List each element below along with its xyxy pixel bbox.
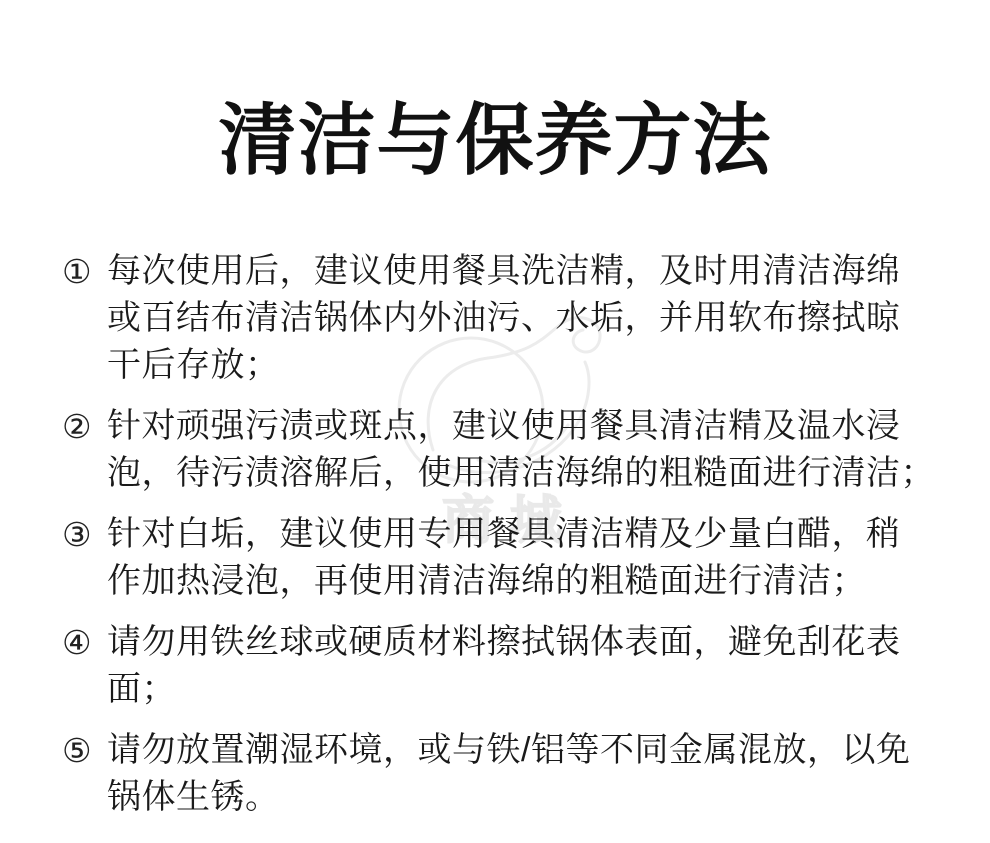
item-text-line: 锅体生锈。 [107, 774, 928, 821]
care-item-2: ② 针对顽强污渍或斑点，建议使用餐具清洁精及温水浸 泡，待污渍溶解后，使用清洁海… [62, 403, 928, 497]
item-text: 请勿放置潮湿环境，或与铁/铝等不同金属混放，以免 锅体生锈。 [107, 727, 928, 821]
item-text-line: 作加热浸泡，再使用清洁海绵的粗糙面进行清洁； [107, 558, 928, 605]
care-item-4: ④ 请勿用铁丝球或硬质材料擦拭锅体表面，避免刮花表 面； [62, 619, 928, 713]
item-text: 请勿用铁丝球或硬质材料擦拭锅体表面，避免刮花表 面； [107, 619, 928, 713]
item-text-line: 针对顽强污渍或斑点，建议使用餐具清洁精及温水浸 [107, 403, 935, 450]
page-title: 清洁与保养方法 [0, 96, 990, 186]
item-number-circled-5: ⑤ [62, 727, 107, 774]
item-number-circled-4: ④ [62, 619, 107, 666]
item-text-line: 面； [107, 666, 928, 713]
item-text-line: 泡，待污渍溶解后，使用清洁海绵的粗糙面进行清洁； [107, 450, 935, 497]
item-text-line: 每次使用后，建议使用餐具洗洁精，及时用清洁海绵 [107, 248, 928, 295]
item-number-circled-3: ③ [62, 511, 107, 558]
care-instruction-list: ① 每次使用后，建议使用餐具洗洁精，及时用清洁海绵 或百结布清洁锅体内外油污、水… [62, 248, 928, 821]
item-number-circled-2: ② [62, 403, 107, 450]
care-item-3: ③ 针对白垢，建议使用专用餐具清洁精及少量白醋，稍 作加热浸泡，再使用清洁海绵的… [62, 511, 928, 605]
care-item-5: ⑤ 请勿放置潮湿环境，或与铁/铝等不同金属混放，以免 锅体生锈。 [62, 727, 928, 821]
item-text: 每次使用后，建议使用餐具洗洁精，及时用清洁海绵 或百结布清洁锅体内外油污、水垢，… [107, 248, 928, 389]
item-number-circled-1: ① [62, 248, 107, 295]
item-text-line: 请勿用铁丝球或硬质材料擦拭锅体表面，避免刮花表 [107, 619, 928, 666]
item-text-line: 或百结布清洁锅体内外油污、水垢，并用软布擦拭晾 [107, 295, 928, 342]
item-text: 针对顽强污渍或斑点，建议使用餐具清洁精及温水浸 泡，待污渍溶解后，使用清洁海绵的… [107, 403, 935, 497]
item-text-line: 请勿放置潮湿环境，或与铁/铝等不同金属混放，以免 [107, 727, 928, 774]
item-text-line: 干后存放； [107, 342, 928, 389]
care-item-1: ① 每次使用后，建议使用餐具洗洁精，及时用清洁海绵 或百结布清洁锅体内外油污、水… [62, 248, 928, 389]
item-text-line: 针对白垢，建议使用专用餐具清洁精及少量白醋，稍 [107, 511, 928, 558]
care-guide-section: 清洁与保养方法 ① 每次使用后，建议使用餐具洗洁精，及时用清洁海绵 或百结布清洁… [0, 96, 990, 821]
item-text: 针对白垢，建议使用专用餐具清洁精及少量白醋，稍 作加热浸泡，再使用清洁海绵的粗糙… [107, 511, 928, 605]
